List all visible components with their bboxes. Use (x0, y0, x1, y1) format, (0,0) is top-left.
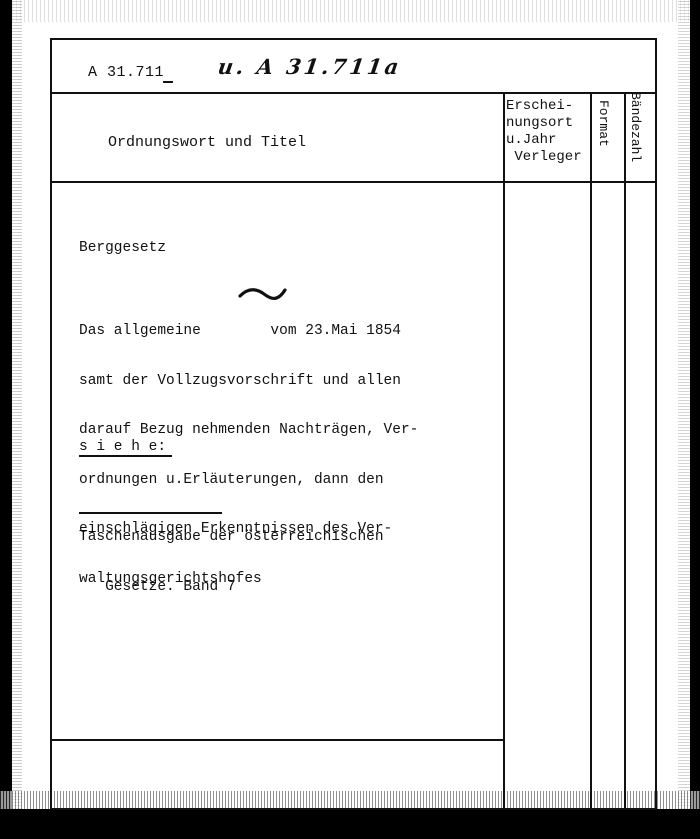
description-line: darauf Bezug nehmenden Nachträgen, Ver- (79, 422, 418, 439)
shelfmark: A 31.711 (88, 64, 164, 81)
scan-grain-right (678, 0, 690, 839)
cross-reference: Taschenausgabe der österreichischen Gese… (79, 496, 384, 628)
card-border-bottom (50, 808, 657, 810)
column-header-title: Ordnungswort und Titel (108, 134, 306, 151)
reference-line: Taschenausgabe der österreichischen (79, 529, 384, 546)
tilde-squiggle-icon (238, 285, 288, 303)
col-divider-3 (624, 92, 626, 810)
reference-line: Gesetze. Band 7 (79, 579, 384, 596)
column-header-format: Format (596, 100, 610, 147)
scan-edge-left (0, 0, 12, 839)
shelfmark-underline (163, 81, 173, 83)
rule-under-header (50, 181, 657, 183)
column-header-publication: Erschei- nungsort u.Jahr Verleger (506, 98, 582, 166)
rule-footer (50, 739, 504, 741)
description-line: samt der Vollzugsvorschrift und allen (79, 373, 418, 390)
card-border-right (655, 38, 657, 810)
col-divider-1 (503, 92, 505, 810)
scan-edge-top (0, 0, 700, 22)
see-label-underline (79, 455, 172, 457)
col-divider-2 (590, 92, 592, 810)
entry-heading: Berggesetz (79, 240, 166, 257)
see-label: s i e h e: (79, 439, 166, 456)
scan-grain-bottom (0, 791, 700, 809)
scan-edge-right (690, 0, 700, 839)
scan-grain-left (12, 0, 22, 839)
description-line: Das allgemeine vom 23.Mai 1854 (79, 323, 418, 340)
reference-underline (79, 512, 222, 514)
handwritten-shelfmark-addition: u. A 31.711a (216, 54, 403, 79)
scan-edge-bottom (0, 809, 700, 839)
card-border-left (50, 38, 52, 810)
description-line: ordnungen u.Erläuterungen, dann den (79, 472, 418, 489)
column-header-volumes: Bändezahl (628, 92, 642, 162)
card-border-top (50, 38, 657, 40)
rule-under-shelfmark (50, 92, 657, 94)
